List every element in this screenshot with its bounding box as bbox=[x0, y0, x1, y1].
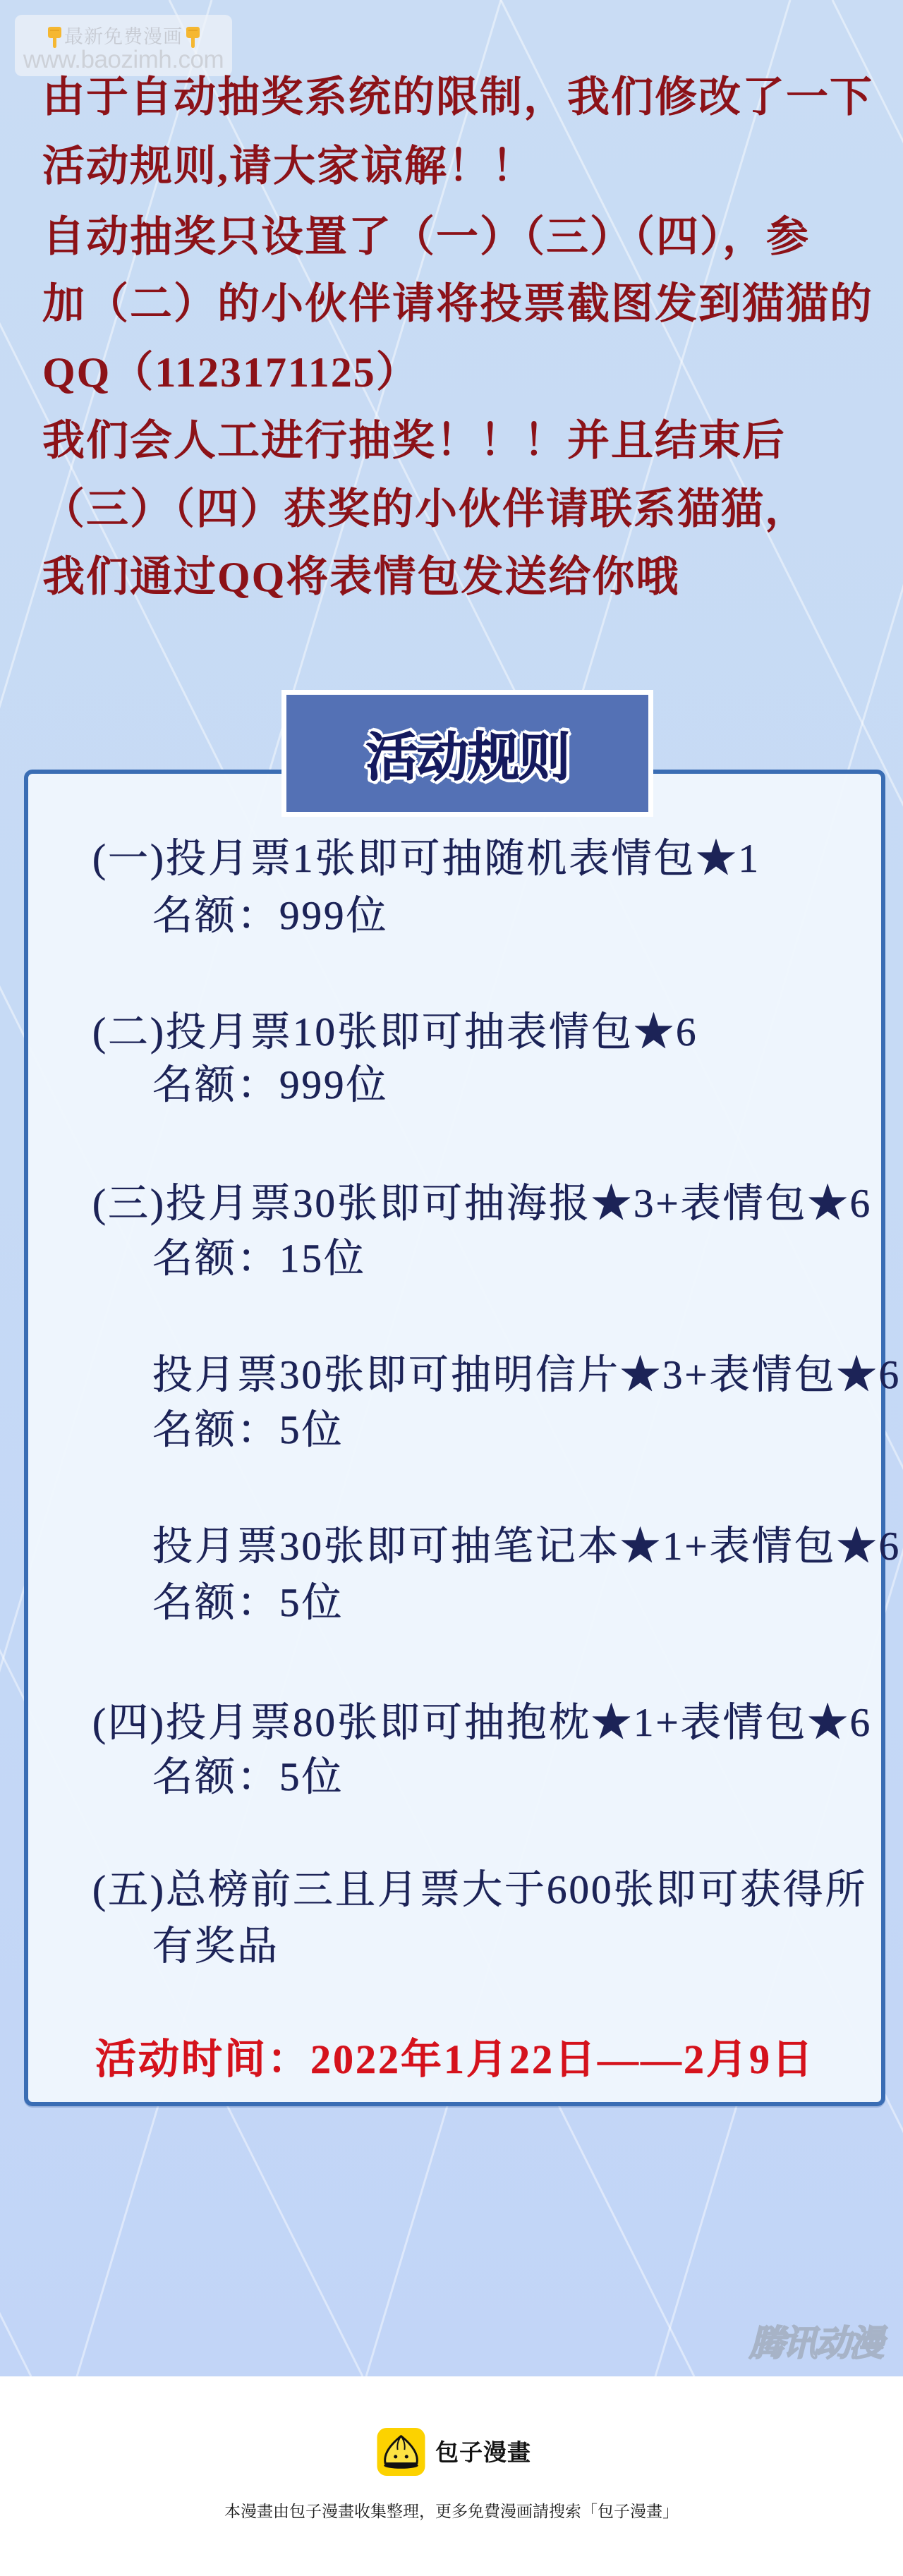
rule-item-label: (四)投月票80张即可抽抱枕★1+表情包★6 bbox=[92, 1696, 872, 1750]
event-time: 活动时间：2022年1月22日——2月9日 bbox=[95, 2033, 815, 2086]
rule-item-label: (一)投月票1张即可抽随机表情包★1 bbox=[92, 832, 760, 886]
rule-item-label: (五)总榜前三且月票大于600张即可获得所 bbox=[92, 1864, 867, 1917]
rule-item-quota: 名额：999位 bbox=[152, 1059, 389, 1112]
notice-line: 自动抽奖只设置了（一）（三）（四），参 bbox=[42, 209, 810, 265]
notice-line: 加（二）的小伙伴请将投票截图发到猫猫的 bbox=[42, 276, 873, 332]
notice-line: 我们会人工进行抽奖！！！并且结束后 bbox=[42, 413, 786, 469]
notice-line: （三）（四）获奖的小伙伴请联系猫猫， bbox=[42, 481, 808, 537]
rule-item-quota: 名额：5位 bbox=[152, 1576, 344, 1630]
rule-item-label: (二)投月票10张即可抽表情包★6 bbox=[92, 1006, 698, 1059]
rule-item-continuation: 有奖品 bbox=[152, 1920, 279, 1974]
notice-line: 我们通过QQ将表情包发送给你哦 bbox=[42, 549, 679, 605]
rule-item-label: 投月票30张即可抽笔记本★1+表情包★6 bbox=[152, 1520, 901, 1574]
publisher-watermark: 腾讯动漫 bbox=[749, 2322, 890, 2364]
rules-title: 活动规则 bbox=[366, 716, 569, 791]
baozi-logo-icon bbox=[377, 2428, 425, 2476]
rule-item-label: 投月票30张即可抽明信片★3+表情包★6 bbox=[152, 1349, 901, 1402]
rule-item-quota: 名额：5位 bbox=[152, 1404, 344, 1457]
rules-header-box: 活动规则 bbox=[281, 690, 653, 817]
rule-item-quota: 名额：15位 bbox=[152, 1232, 366, 1286]
rule-item-quota: 名额：999位 bbox=[152, 889, 389, 943]
footer-note: 本漫畫由包子漫畫收集整理，更多免費漫画請搜索「包子漫畫」 bbox=[0, 2501, 903, 2522]
brand-name: 包子漫畫 bbox=[435, 2438, 531, 2467]
rule-item-quota: 名额：5位 bbox=[152, 1751, 344, 1804]
rules-header-fill: 活动规则 bbox=[286, 695, 648, 812]
notice-line: 由于自动抽奖系统的限制，我们修改了一下 bbox=[42, 69, 873, 126]
rule-item-label: (三)投月票30张即可抽海报★3+表情包★6 bbox=[92, 1177, 872, 1231]
comic-notice-page: 最新免费漫画 www.baozimh.com 由于自动抽奖系统的限制，我们修改了… bbox=[0, 0, 903, 2576]
notice-line: QQ（1123171125） bbox=[42, 344, 420, 401]
site-watermark: 最新免费漫画 www.baozimh.com bbox=[15, 15, 232, 76]
notice-line: 活动规则,请大家谅解！！ bbox=[42, 138, 535, 195]
